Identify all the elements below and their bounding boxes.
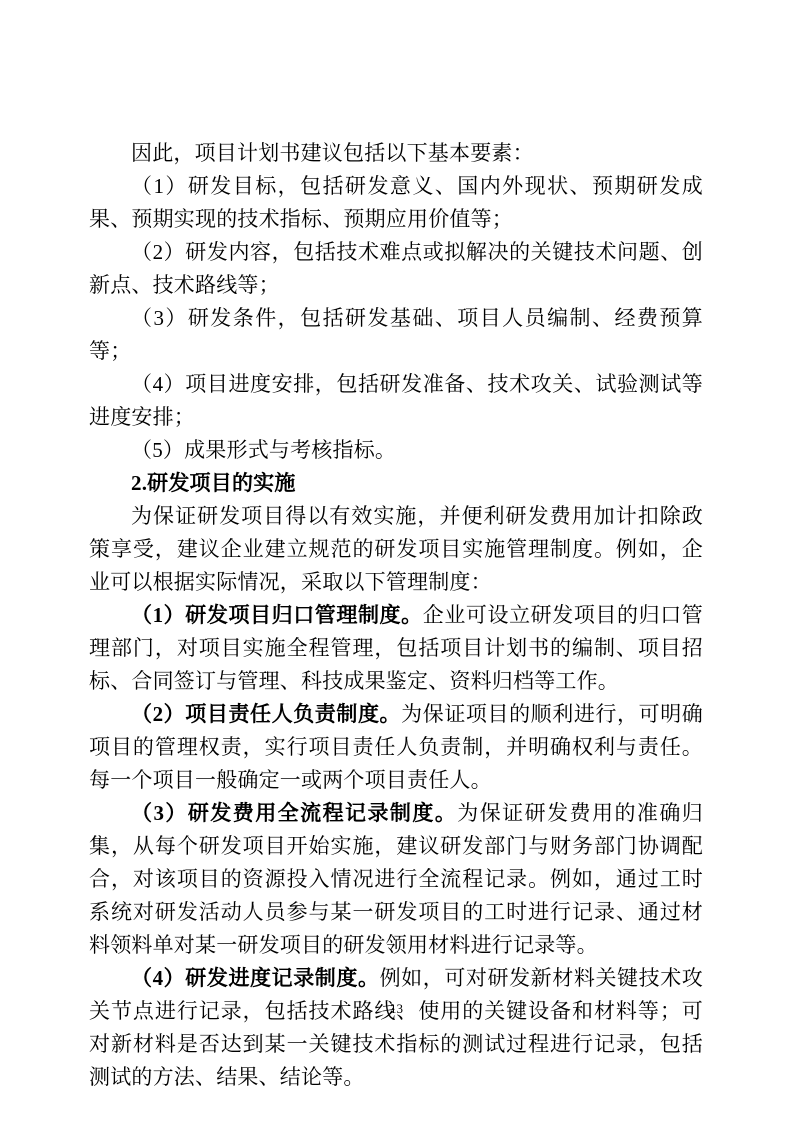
paragraph-intro: 因此，项目计划书建议包括以下基本要素： xyxy=(89,137,703,170)
plan-element-item-1: （1）研发目标，包括研发意义、国内外现状、预期研发成果、预期实现的技术指标、预期… xyxy=(89,170,703,236)
management-system-item-2: （2）项目责任人负责制度。为保证项目的顺利进行，可明确项目的管理权责，实行项目责… xyxy=(89,698,703,797)
page-footer: 13 xyxy=(0,1000,793,1018)
management-system-item-1: （1）研发项目归口管理制度。企业可设立研发项目的归口管理部门，对项目实施全程管理… xyxy=(89,599,703,698)
management-system-item-3: （3）研发费用全流程记录制度。为保证研发费用的准确归集，从每个研发项目开始实施，… xyxy=(89,797,703,962)
document-page: 因此，项目计划书建议包括以下基本要素： （1）研发目标，包括研发意义、国内外现状… xyxy=(0,0,793,1122)
management-system-item-4: （4）研发进度记录制度。例如，可对研发新材料关键技术攻关节点进行记录，包括技术路… xyxy=(89,962,703,1094)
plan-element-item-3: （3）研发条件，包括研发基础、项目人员编制、经费预算等； xyxy=(89,302,703,368)
paragraph-section-intro: 为保证研发项目得以有效实施，并便利研发费用加计扣除政策享受，建议企业建立规范的研… xyxy=(89,500,703,599)
management-system-title-3: （3）研发费用全流程记录制度。 xyxy=(131,801,457,825)
plan-element-item-5: （5）成果形式与考核指标。 xyxy=(89,434,703,467)
plan-element-item-2: （2）研发内容，包括技术难点或拟解决的关键技术问题、创新点、技术路线等； xyxy=(89,236,703,302)
section-heading: 2.研发项目的实施 xyxy=(89,467,703,500)
plan-element-item-4: （4）项目进度安排，包括研发准备、技术攻关、试验测试等进度安排； xyxy=(89,368,703,434)
management-system-title-1: （1）研发项目归口管理制度。 xyxy=(131,603,423,627)
page-number: 13 xyxy=(390,1001,403,1016)
page-body: 因此，项目计划书建议包括以下基本要素： （1）研发目标，包括研发意义、国内外现状… xyxy=(89,137,703,1094)
management-system-title-4: （4）研发进度记录制度。 xyxy=(131,966,380,990)
management-system-title-2: （2）项目责任人负责制度。 xyxy=(131,702,401,726)
